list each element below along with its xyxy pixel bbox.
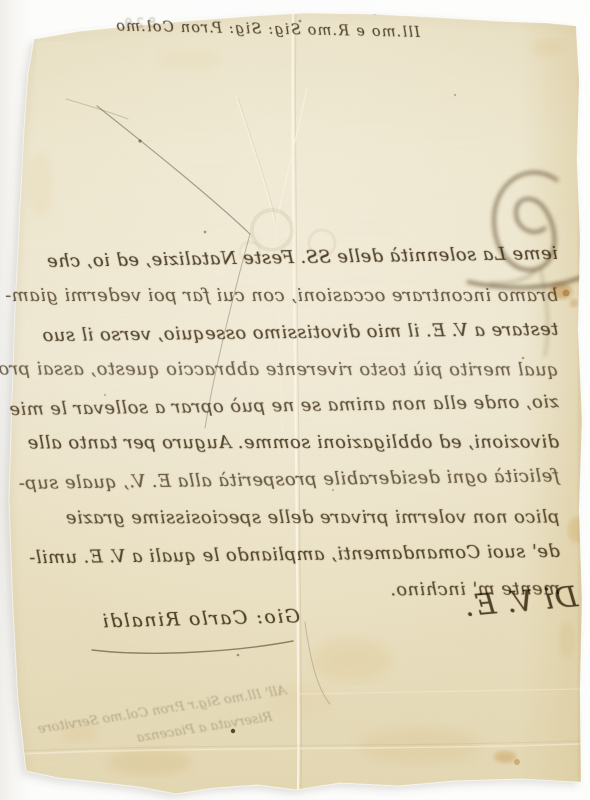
body-line: plico non volermi privare delle speciosi…: [39, 507, 560, 529]
body-line: divozioni, ed obbligazioni somme. Auguro…: [38, 432, 559, 454]
body-line: mente m' inchino.: [39, 578, 560, 603]
scanned-letter-page: 820 Ill.mo e R.mo Sig: Sig: P.ron Col.mo…: [0, 0, 590, 800]
body-line: bramo incontrare occasioni, con cui far …: [37, 285, 558, 306]
body-line: qual merito più tosto riverente abbracci…: [38, 359, 559, 381]
